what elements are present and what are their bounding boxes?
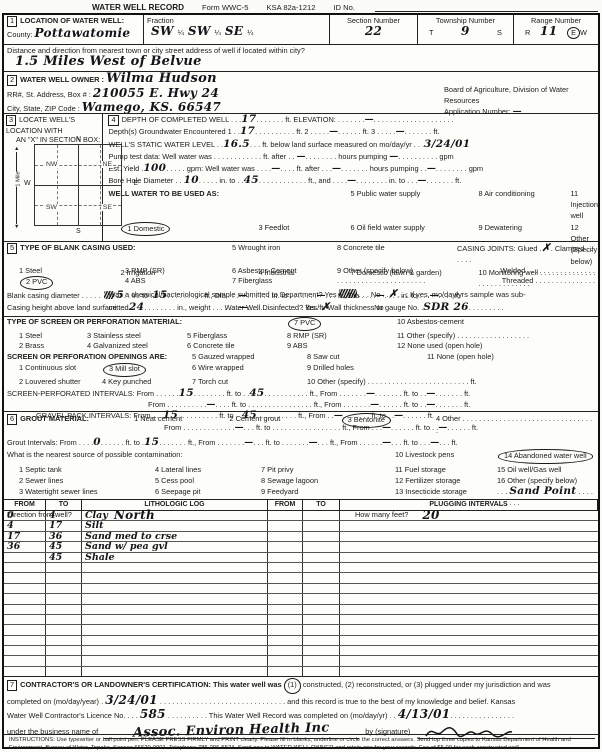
screen-from-field[interactable]: 15 (179, 388, 194, 399)
litho-cell-from[interactable] (4, 553, 46, 562)
lithologic-table: FROM TO LITHOLOGIC LOG FROM TO PLUGGING … (4, 500, 598, 677)
groundwater-2-label: . . . . . . . . . . ft. 2 . . . . . (255, 127, 329, 136)
litho-table-row (4, 646, 598, 656)
litho-cell-to[interactable] (46, 656, 82, 665)
yield-gpm-dots: . . . . . . . . gpm (436, 164, 483, 173)
blank-casing-options: 5TYPE OF BLANK CASING USED:5 Wrought iro… (4, 243, 598, 290)
option-oil-gas-well[interactable]: 15 Oil well/Gas well (497, 464, 595, 475)
litho-cell-pf[interactable] (268, 563, 303, 572)
distance-field[interactable]: 1.5 Miles West of Belvue (7, 55, 595, 68)
section-5-casing: 5TYPE OF BLANK CASING USED:5 Wrought iro… (4, 242, 598, 412)
dia2-field[interactable]: — (238, 291, 247, 301)
completed-on-label: completed on (mo/day/year) . (7, 697, 103, 706)
option-screen-pvc-circled[interactable]: 7 PVC (288, 317, 321, 331)
grout-intervals-line: Grout Intervals: From . . . .0. . . . . … (4, 437, 598, 449)
section-4-well-data: 4DEPTH OF COMPLETED WELL . . .17. . . . … (103, 114, 598, 241)
owner-name-field[interactable]: Wilma Hudson (106, 71, 217, 86)
section-7-certification: 7CONTRACTOR'S OR LANDOWNER'S CERTIFICATI… (4, 677, 598, 735)
col-from-1: FROM (4, 500, 46, 510)
litho-cell-pt[interactable] (303, 563, 340, 572)
township-field[interactable]: 9 (461, 25, 470, 37)
litho-cell-plug[interactable] (340, 573, 598, 582)
litho-cell-to[interactable] (46, 584, 82, 593)
compass-n-label: N (76, 136, 81, 143)
litho-cell-from[interactable]: 4 (4, 521, 46, 530)
static-level-date-field[interactable]: 3/24/01 (424, 139, 470, 150)
option-neat-cement[interactable]: 1 Neat cement (134, 413, 229, 437)
litho-cell-log[interactable] (82, 563, 268, 572)
option-louvered[interactable]: 2 Louvered shutter (7, 377, 102, 388)
yield-hours-field[interactable]: — (332, 164, 341, 174)
groundwater-1-field[interactable]: 17 (240, 126, 255, 137)
screen-dots-2: . . . . . . . ft. (435, 400, 470, 409)
section-6-grout: 6GROUT MATERIAL: 1 Neat cement 2 Cement … (4, 412, 598, 500)
signature-scribble (424, 724, 514, 740)
option-fiberglass-casing[interactable]: 7 Fiberglass (232, 276, 337, 290)
section-4-badge: 4 (108, 115, 118, 126)
elevation-field[interactable]: — (365, 115, 374, 125)
screen-from2-label: . . . . . . . . . . . ft., From . . . . … (265, 389, 366, 398)
licence-number-field[interactable]: 585 (140, 708, 166, 721)
litho-cell-pf[interactable] (268, 646, 303, 655)
weight-field[interactable]: — (239, 303, 248, 313)
option-pvc-circled[interactable]: 2 PVC (20, 276, 53, 290)
litho-cell-to[interactable] (46, 625, 82, 634)
litho-cell-plug[interactable] (340, 584, 598, 593)
one-mile-arrow: ▲ ▼ 1 Mile (14, 146, 19, 230)
litho-cell-log[interactable] (82, 656, 268, 665)
option-screen-rmp[interactable]: 8 RMP (SR) (287, 331, 397, 342)
option-fertilizer-storage[interactable]: 12 Fertilizer storage (395, 475, 497, 486)
form-body: 1LOCATION OF WATER WELL: County: Pottawa… (2, 13, 600, 749)
option-saw-cut[interactable]: 8 Saw cut (307, 352, 427, 363)
litho-cell-pt[interactable] (303, 646, 340, 655)
quadrant-se[interactable]: SE (102, 204, 113, 211)
board-of-agriculture-label: Board of Agriculture, Division of Water … (444, 84, 594, 106)
litho-cell-plug[interactable] (340, 636, 598, 645)
grout-from3-label: . . . ft., From . . . . . . (318, 438, 382, 447)
litho-cell-plug[interactable] (340, 563, 598, 572)
quadrant-ne[interactable]: NE (102, 161, 113, 168)
option-abandoned-well-circled[interactable]: 14 Abandoned water well (498, 449, 593, 463)
litho-cell-log[interactable] (82, 636, 268, 645)
casing-diameter-field[interactable]: 5 (116, 290, 124, 301)
joints-glued-mark[interactable]: ✗ (542, 242, 551, 254)
section-6-badge: 6 (7, 414, 17, 425)
litho-cell-from[interactable] (4, 584, 46, 593)
option-concrete-tile[interactable]: 8 Concrete tile (337, 243, 457, 266)
one-mile-label: 1 Mile (16, 171, 22, 186)
litho-cell-pf[interactable] (268, 615, 303, 624)
licence-label: Water Well Contractor's Licence No. . . … (7, 711, 138, 720)
litho-cell-plug[interactable] (340, 646, 598, 655)
casing-joints-glued: CASING JOINTS: Glued .✗. Clamped . . . .… (457, 243, 595, 266)
township-t: T (429, 28, 434, 37)
litho-cell-plug[interactable] (340, 521, 598, 530)
grout-to-field[interactable]: 15 (144, 437, 159, 448)
option-livestock-pens[interactable]: 10 Livestock pens (395, 449, 497, 463)
option-screen-concrete[interactable]: 6 Concrete tile (187, 341, 287, 352)
grout-from2-label: . . . . . . . ft., From . . . . . . . (159, 438, 244, 447)
grout-to3-label: . . . ft. to . . . (391, 438, 430, 447)
screen-from2-field[interactable]: — (366, 389, 375, 399)
litho-cell-plug[interactable] (340, 605, 598, 614)
other-contamination-field[interactable]: Sand Point (509, 485, 576, 497)
pump-hours-label: . . . . . . . . hours pumping (305, 152, 389, 161)
section-number-field[interactable]: 22 (333, 25, 414, 37)
litho-cell-plug[interactable] (340, 532, 598, 541)
section-3-locate: 3LOCATE WELL'S LOCATION WITHAN "X" IN SE… (4, 114, 103, 241)
litho-table-row (4, 636, 598, 646)
option-asbestos-cement[interactable]: 6 Asbestos-Cement (232, 266, 337, 277)
option-sewer-lines[interactable]: 2 Sewer lines (7, 475, 155, 486)
litho-table-row (4, 667, 598, 677)
range-field[interactable]: 11 (540, 25, 557, 37)
option-wire-wrapped[interactable]: 6 Wire wrapped (192, 363, 307, 377)
option-screen-steel[interactable]: 1 Steel (7, 331, 87, 342)
litho-cell-log[interactable]: Clay (82, 511, 268, 520)
screen-from4-label: . . . . ft. to . . . . . . . . . . . . .… (215, 400, 370, 409)
est-yield-field[interactable]: 100 (143, 163, 166, 174)
bore-diameter2-field[interactable]: — (347, 176, 356, 186)
form-title: WATER WELL RECORD (92, 3, 184, 12)
screen-intervals-label: SCREEN-PERFORATED INTERVALS: From . . . … (7, 389, 179, 398)
litho-cell-log[interactable]: Sand w/ pea gvl (82, 542, 268, 551)
litho-cell-pf[interactable] (268, 521, 303, 530)
option-cess-pool[interactable]: 5 Cess pool (155, 475, 261, 486)
certification-options: constructed, (2) reconstructed, or (3) p… (303, 680, 551, 689)
id-no-label: ID No. (333, 3, 355, 12)
litho-cell-plug[interactable] (340, 542, 598, 551)
litho-cell-plug[interactable] (340, 625, 598, 634)
groundwater-3-label: . . . . . . ft. 3 . . . . . (338, 127, 396, 136)
litho-cell-to[interactable]: 45 (46, 542, 82, 551)
col-from-2: FROM (268, 500, 303, 510)
litho-cell-pt[interactable] (303, 511, 340, 520)
range-east-circled[interactable]: E (567, 27, 580, 39)
litho-cell-to[interactable]: 17 (46, 521, 82, 530)
litho-cell-from[interactable] (4, 615, 46, 624)
grout-to3-field[interactable]: — (430, 438, 439, 448)
litho-cell-pt[interactable] (303, 656, 340, 665)
option-mill-slot-circled[interactable]: 3 Mill slot (103, 363, 146, 377)
gauge-field[interactable]: SDR 26 (423, 302, 468, 313)
litho-cell-to[interactable] (46, 605, 82, 614)
litho-cell-from[interactable] (4, 625, 46, 634)
option-steel-casing[interactable]: 1 Steel (7, 266, 125, 277)
section-1-heading: LOCATION OF WATER WELL: (20, 16, 124, 25)
litho-cell-pt[interactable] (303, 542, 340, 551)
gauge-label: . . . . . . . . . . . . . . lbs./ft. Wal… (248, 303, 423, 312)
record-date-dots: . . . . . . . . . . . . . . . . (450, 711, 514, 720)
depth-completed-field[interactable]: 17 (241, 114, 256, 125)
litho-table-row: 04Clay (4, 511, 598, 521)
option-injection-well[interactable]: 11 Injection well (570, 188, 598, 222)
screen-to2-field[interactable]: — (426, 389, 435, 399)
compass-s-label: S (76, 228, 81, 235)
screen-from3-field[interactable]: — (206, 400, 215, 410)
litho-cell-pf[interactable] (268, 532, 303, 541)
litho-cell-to[interactable] (46, 646, 82, 655)
litho-cell-to[interactable] (46, 615, 82, 624)
litho-cell-pf[interactable] (268, 594, 303, 603)
static-level-field[interactable]: 16.5 (223, 139, 250, 150)
option-sewage-lagoon[interactable]: 8 Sewage lagoon (261, 475, 395, 486)
litho-cell-pt[interactable] (303, 532, 340, 541)
dia3-field[interactable]: — (376, 291, 385, 301)
option-galvanized[interactable]: 4 Galvanized steel (87, 341, 187, 352)
joints-glued-label: CASING JOINTS: Glued . (457, 244, 542, 253)
dia3-to-label: . . . . in. to . . . (385, 291, 430, 300)
option-cement-grout[interactable]: 2 Cement grout (229, 413, 340, 437)
grout-to2-field[interactable]: — (309, 438, 318, 448)
litho-cell-from[interactable] (4, 667, 46, 677)
litho-cell-to[interactable] (46, 594, 82, 603)
groundwater-label: Depth(s) Groundwater Encountered 1 . . (108, 127, 239, 136)
option-torch-cut[interactable]: 7 Torch cut (192, 377, 307, 388)
option-brass[interactable]: 2 Brass (7, 341, 87, 352)
option-key-punched[interactable]: 4 Key punched (102, 377, 192, 388)
litho-cell-from[interactable]: 36 (4, 542, 46, 551)
litho-cell-from[interactable] (4, 563, 46, 572)
screen-to-field[interactable]: 45 (249, 388, 264, 399)
litho-cell-pf[interactable] (268, 667, 303, 677)
range-w[interactable]: W (580, 28, 587, 37)
record-true-label: . . . . . . . . . . . . . . . . . . . . … (160, 697, 515, 706)
option-public-supply[interactable]: 5 Public water supply (350, 188, 478, 222)
yield-ft-field[interactable]: — (271, 164, 280, 174)
section-2-badge: 2 (7, 75, 17, 86)
litho-cell-pt[interactable] (303, 667, 340, 677)
completed-date-field[interactable]: 3/24/01 (105, 694, 158, 707)
litho-table-row: 45Shale (4, 553, 598, 563)
litho-cell-to[interactable]: 36 (46, 532, 82, 541)
option-air-conditioning[interactable]: 8 Air conditioning (478, 188, 570, 222)
litho-cell-plug[interactable] (340, 511, 598, 520)
form-title-bar: WATER WELL RECORD Form WWC-5 KSA 82a-121… (0, 0, 602, 13)
litho-cell-pt[interactable] (303, 553, 340, 562)
casing-depth-field[interactable]: 15 (152, 290, 167, 301)
yield-after-label: . . . . ft. after . . . (280, 164, 332, 173)
col-to-1: TO (46, 500, 82, 510)
screen-interval-line-2: From . . . . . . . . . .—. . . . ft. to … (4, 399, 598, 410)
groundwater-3-field[interactable]: — (396, 127, 405, 137)
litho-cell-log[interactable] (82, 615, 268, 624)
grout-from-field[interactable]: 0 (93, 437, 101, 448)
litho-cell-log[interactable] (82, 667, 268, 677)
litho-table-row (4, 615, 598, 625)
litho-cell-from[interactable]: 0 (4, 511, 46, 520)
litho-cell-plug[interactable] (340, 553, 598, 562)
compass-e-label: E (133, 180, 138, 187)
screen-interval-line-1: SCREEN-PERFORATED INTERVALS: From . . . … (4, 388, 598, 399)
option-septic-tank[interactable]: 1 Septic tank (7, 464, 155, 475)
litho-cell-pt[interactable] (303, 584, 340, 593)
city-field[interactable]: Wamego, KS. 66547 (82, 100, 221, 114)
litho-cell-log[interactable] (82, 573, 268, 582)
weight-label: . . . . . . . . in., weight . . . . . . … (144, 303, 239, 312)
fraction-3-field[interactable]: SE (225, 25, 243, 37)
litho-cell-from[interactable] (4, 656, 46, 665)
bore-to2-label: . . . . . . . . in. to . . . (356, 176, 417, 185)
litho-cell-log[interactable]: Sand med to crse (82, 532, 268, 541)
dia3-label: . . . ft., Dia . . . . (326, 291, 376, 300)
quadrant-nw[interactable]: NW (45, 161, 58, 168)
yield-gpm-field[interactable]: — (427, 164, 436, 174)
litho-cell-pf[interactable] (268, 573, 303, 582)
record-completed-label: . . . . . . . . . . This Water Well Reco… (168, 711, 396, 720)
litho-cell-plug[interactable] (340, 656, 598, 665)
elevation-dots: . . . . . . . . . . . . . . . . . . . . (374, 115, 454, 124)
option-continuous-slot[interactable]: 1 Continuous slot (7, 363, 102, 377)
litho-cell-to[interactable] (46, 636, 82, 645)
litho-table-row (4, 625, 598, 635)
record-date-field[interactable]: 4/13/01 (398, 708, 451, 721)
col-to-2: TO (303, 500, 340, 510)
joints-welded-label: Welded . . . . . . . . . . . . . . . . . (457, 266, 595, 277)
quarter-glyph: ¼ (178, 28, 184, 37)
option-gauzed[interactable]: 5 Gauzed wrapped (192, 352, 307, 363)
litho-cell-to[interactable] (46, 563, 82, 572)
litho-cell-pf[interactable] (268, 625, 303, 634)
option-other-openings[interactable]: 10 Other (specify) . . . . . . . . . . .… (307, 377, 595, 388)
grout-from3-field[interactable]: — (382, 438, 391, 448)
grout-from2-field[interactable]: — (244, 438, 253, 448)
litho-cell-from[interactable]: 17 (4, 532, 46, 541)
option-lateral-lines[interactable]: 4 Lateral lines (155, 464, 261, 475)
litho-cell-pf[interactable] (268, 542, 303, 551)
option-other-casing[interactable]: 9 Other (specify below) (337, 266, 457, 277)
diameter-scribble (104, 291, 114, 299)
litho-cell-pt[interactable] (303, 605, 340, 614)
id-no-field[interactable] (375, 3, 598, 12)
option-fuel-storage[interactable]: 11 Fuel storage (395, 464, 497, 475)
certification-heading: CONTRACTOR'S OR LANDOWNER'S CERTIFICATIO… (20, 680, 282, 689)
litho-cell-to[interactable] (46, 667, 82, 677)
litho-cell-from[interactable] (4, 636, 46, 645)
pump-gpm-field[interactable]: — (389, 152, 398, 162)
contamination-heading: What is the nearest source of possible c… (7, 449, 395, 463)
litho-cell-pt[interactable] (303, 594, 340, 603)
use-heading: WELL WATER TO BE USED AS: (108, 188, 350, 222)
option-bentonite-circled[interactable]: 3 Bentonite (342, 413, 391, 428)
grout-dots: . . . ft. (439, 438, 457, 447)
litho-cell-log[interactable] (82, 594, 268, 603)
option-stainless[interactable]: 3 Stainless steel (87, 331, 187, 342)
fraction-1-field[interactable]: SW (151, 25, 174, 37)
litho-cell-to[interactable] (46, 573, 82, 582)
other-dots-left: . . . (497, 487, 507, 496)
option-none-open-hole[interactable]: 12 None used (open hole) (397, 341, 595, 352)
litho-cell-log[interactable] (82, 605, 268, 614)
litho-cell-from[interactable] (4, 605, 46, 614)
depth-completed-label: DEPTH OF COMPLETED WELL . . . (122, 115, 242, 124)
litho-cell-pf[interactable] (268, 511, 303, 520)
litho-cell-pt[interactable] (303, 625, 340, 634)
litho-cell-log[interactable] (82, 646, 268, 655)
option-screen-asbestos[interactable]: 10 Asbestos-cement (397, 317, 595, 331)
option-pit-privy[interactable]: 7 Pit privy (261, 464, 395, 475)
grout-intervals-label: Grout Intervals: From . . . . (7, 438, 93, 447)
pump-gpm-dots: . . . . . . . . . . gpm (398, 152, 453, 161)
litho-cell-pt[interactable] (303, 573, 340, 582)
litho-cell-plug[interactable] (340, 667, 598, 677)
screen-to4-label: . . . . . . ft. to . . (379, 400, 426, 409)
litho-cell-plug[interactable] (340, 594, 598, 603)
signature-field[interactable] (418, 724, 595, 739)
dia2-depth-field[interactable]: — (317, 291, 326, 301)
option-screen-other[interactable]: 11 Other (specify) . . . . . . . . . . .… (397, 331, 595, 342)
litho-cell-log[interactable]: Shale (82, 553, 268, 562)
litho-cell-pf[interactable] (268, 553, 303, 562)
screen-to2-label: . . . . . . . ft. to . . (375, 389, 426, 398)
address-field[interactable]: 210055 E. Hwy 24 (93, 86, 219, 100)
option-screen-fiberglass[interactable]: 5 Fiberglass (187, 331, 287, 342)
section-box-diagram[interactable]: NW NE SW SE (34, 144, 122, 226)
section-3-4-row: 3LOCATE WELL'S LOCATION WITHAN "X" IN SE… (4, 114, 598, 242)
water-well-record-form: WATER WELL RECORD Form WWC-5 KSA 82a-121… (0, 0, 602, 752)
range-r: R (525, 28, 530, 37)
county-field[interactable]: Pottawatomie (35, 26, 131, 40)
litho-cell-pt[interactable] (303, 521, 340, 530)
litho-cell-pt[interactable] (303, 636, 340, 645)
fraction-2-field[interactable]: SW (188, 25, 211, 37)
quadrant-sw[interactable]: SW (45, 204, 58, 211)
quarter-glyph: ¼ (215, 28, 221, 37)
distance-row: Distance and direction from nearest town… (4, 45, 598, 72)
casing-diameter-label: Blank casing diameter . . . . . (7, 291, 102, 300)
groundwater-2-field[interactable]: — (329, 127, 338, 137)
litho-cell-from[interactable] (4, 573, 46, 582)
litho-cell-to[interactable]: 4 (46, 511, 82, 520)
grout-to-label: . . . . . . ft. to . (101, 438, 144, 447)
litho-cell-pf[interactable] (268, 584, 303, 593)
constructed-circled[interactable]: (1) (284, 678, 301, 694)
casing-height-field[interactable]: 24 (129, 302, 144, 313)
option-drilled-holes[interactable]: 9 Drilled holes (307, 363, 427, 377)
litho-cell-from[interactable] (4, 594, 46, 603)
option-rmp[interactable]: 3 RMP (SR) (125, 266, 232, 277)
litho-cell-pf[interactable] (268, 656, 303, 665)
litho-cell-log[interactable] (82, 625, 268, 634)
address-label: RR#, St. Address, Box # : (7, 90, 91, 99)
option-none-openings[interactable]: 11 None (open hole) (427, 352, 595, 363)
township-s: S (497, 28, 502, 37)
litho-cell-to[interactable]: 45 (46, 553, 82, 562)
litho-cell-log[interactable] (82, 584, 268, 593)
option-other-grout[interactable]: 4 Other . . . . . . . . . . . . . . . . … (436, 413, 595, 437)
joints-threaded-label: Threaded . . . . . . . . . . . . . . . (457, 276, 595, 290)
city-label: City, State, ZIP Code : (7, 104, 80, 113)
litho-cell-plug[interactable] (340, 615, 598, 624)
arrow-down-icon: ▼ (14, 224, 19, 230)
section-7-badge: 7 (7, 680, 17, 691)
litho-cell-pf[interactable] (268, 636, 303, 645)
bore-depth-field[interactable]: 45 (244, 175, 259, 186)
litho-table-row: 417Silt (4, 521, 598, 531)
bore-to-label: . . . . . in. to . . (199, 176, 244, 185)
option-wrought-iron[interactable]: 5 Wrought iron (232, 243, 337, 266)
option-screen-abs[interactable]: 9 ABS (287, 341, 397, 352)
screen-from4-field[interactable]: — (370, 400, 379, 410)
litho-cell-from[interactable] (4, 646, 46, 655)
bore-diameter-field[interactable]: 10 (184, 175, 199, 186)
litho-cell-log[interactable]: Silt (82, 521, 268, 530)
litho-cell-pt[interactable] (303, 615, 340, 624)
option-abs[interactable]: 4 ABS (125, 276, 232, 290)
litho-cell-pf[interactable] (268, 605, 303, 614)
compass-w-label: W (24, 180, 31, 187)
